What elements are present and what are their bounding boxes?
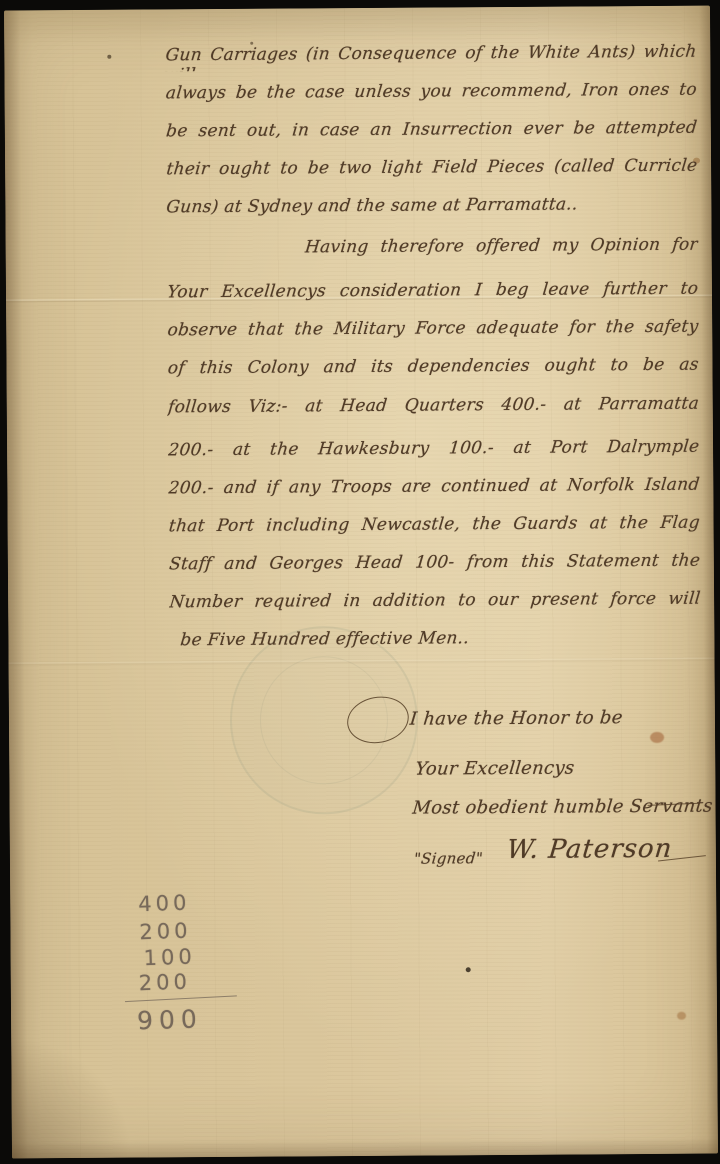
manuscript-line: Your Excellencys consideration I beg lea… xyxy=(166,279,700,309)
manuscript-line: their ought to be two light Field Pieces… xyxy=(165,156,699,186)
stain-spot xyxy=(466,967,471,972)
manuscript-line: Guns) at Sydney and the same at Parramat… xyxy=(165,194,578,217)
signed-annotation: "Signed" xyxy=(413,849,484,867)
manuscript-line: 200.- and if any Troops are continued at… xyxy=(167,475,701,505)
pencil-total: 900 xyxy=(137,1004,204,1035)
manuscript-line: Staff and Georges Head 100- from this St… xyxy=(168,551,702,581)
manuscript-line: 200.- at the Hawkesbury 100.- at Port Da… xyxy=(167,437,701,467)
letter-page: Gun Carriages (in Consequence of the Whi… xyxy=(4,6,718,1159)
pencil-addend: 400 xyxy=(138,891,191,917)
manuscript-line: observe that the Military Force adequate… xyxy=(166,317,700,347)
document-scan: Gun Carriages (in Consequence of the Whi… xyxy=(0,0,720,1164)
pencil-addend: 200 xyxy=(139,919,192,945)
stain-spot xyxy=(677,1012,686,1020)
manuscript-line: follows Viz:- at Head Quarters 400.- at … xyxy=(167,394,701,424)
manuscript-line: Having therefore offered my Opinion for xyxy=(303,235,699,264)
closing-servant-line: Most obedient humble Servants xyxy=(412,796,714,819)
manuscript-line: always be the case unless you recommend,… xyxy=(164,80,698,110)
manuscript-line: of this Colony and its dependencies ough… xyxy=(166,355,700,385)
manuscript-line: that Port including Newcastle, the Guard… xyxy=(167,513,701,543)
manuscript-line: be sent out, in case an Insurrection eve… xyxy=(165,118,699,148)
signature-w-paterson: W. Paterson xyxy=(505,834,673,865)
pencil-addend: 200 xyxy=(138,970,191,996)
stain-spot xyxy=(650,732,664,743)
closing-excellency-line: Your Excellencys xyxy=(414,758,575,780)
manuscript-line: be Five Hundred effective Men.. xyxy=(179,628,470,650)
manuscript-line: Number required in addition to our prese… xyxy=(168,589,702,619)
pencil-addend: 100 xyxy=(143,944,196,970)
pencil-sum-rule xyxy=(125,995,237,1002)
closing-honor-line: I have the Honor to be xyxy=(409,707,624,730)
manuscript-line: Gun Carriages (in Consequence of the Whi… xyxy=(164,42,698,72)
stain-spot xyxy=(107,55,111,59)
